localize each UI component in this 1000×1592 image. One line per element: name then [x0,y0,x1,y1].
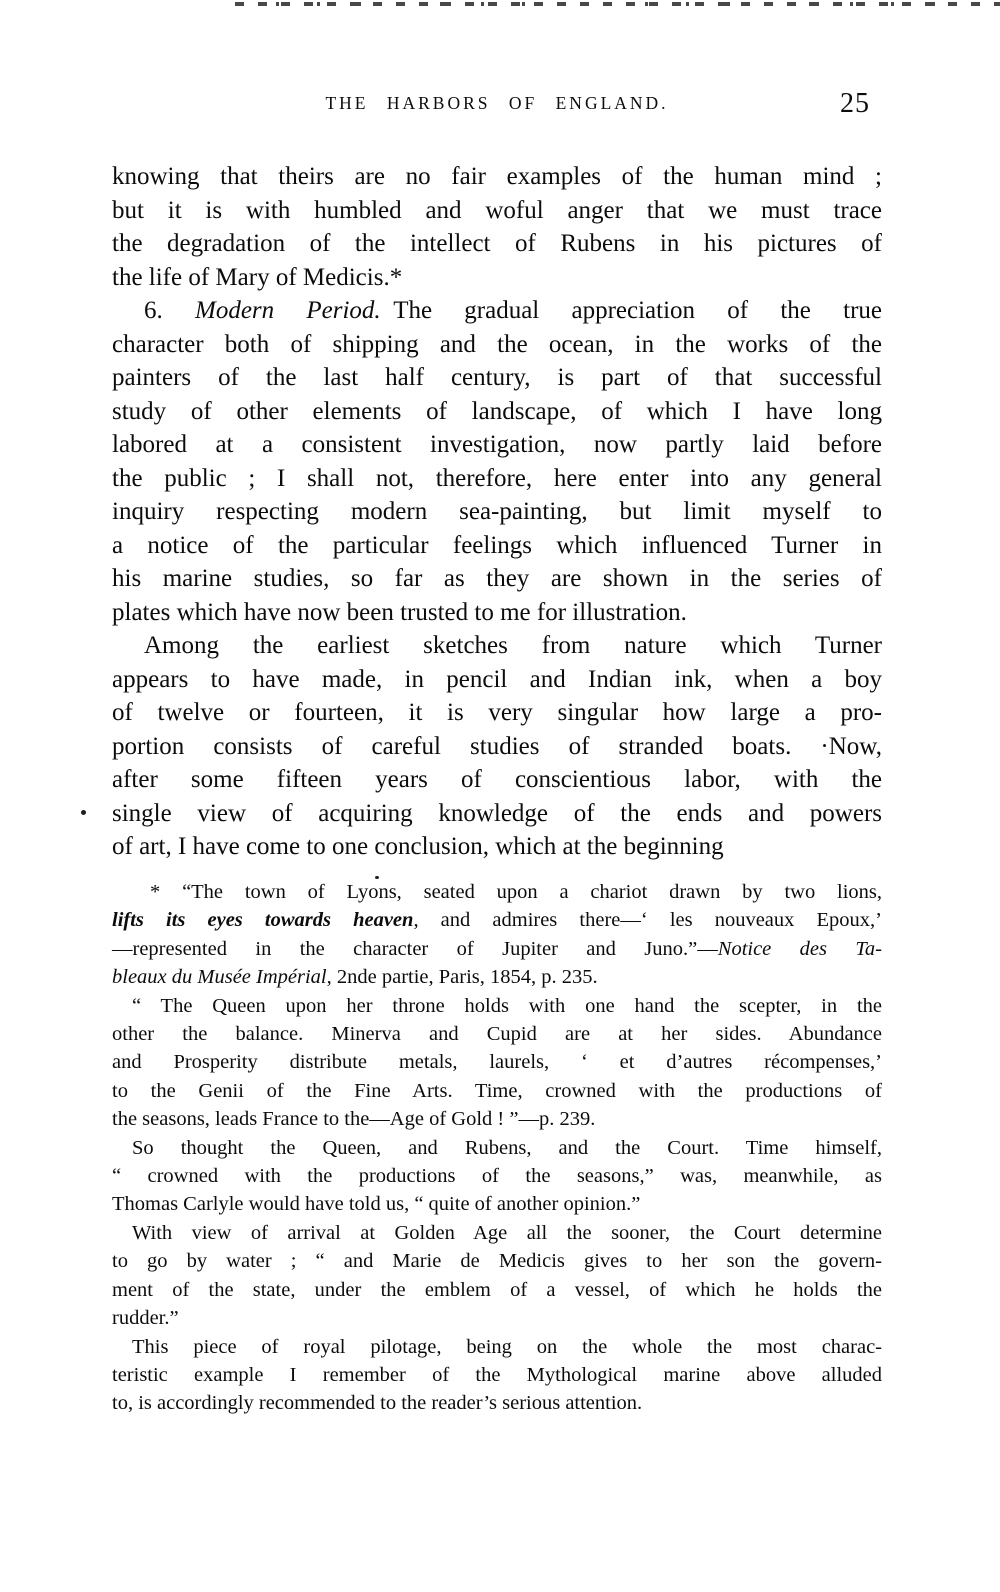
text-segment: Among the earliest sketches from nature … [144,632,882,659]
text-line: labored at a consistent investigation, n… [112,428,882,462]
text-line: but it is with humbled and woful anger t… [112,194,882,228]
text-segment: study of other elements of landscape, of… [112,398,882,425]
text-segment: , and admires there—‘ les nouveaux Epoux… [413,909,882,931]
page-header: THE HARBORS OF ENGLAND. 25 [112,93,882,114]
emphasized-text: Notice des Ta- [718,938,882,960]
text-segment: the degradation of the intellect of Rube… [112,230,882,257]
main-body-text: knowing that theirs are no fair examples… [112,160,882,864]
text-line: appears to have made, in pencil and Indi… [112,663,882,697]
text-segment: plates which have now been trusted to me… [112,599,687,626]
text-segment: rudder.” [112,1307,179,1329]
text-segment: ment of the state, under the emblem of a… [112,1279,882,1301]
text-segment: Thomas Carlyle would have told us, “ qui… [112,1193,640,1215]
text-segment: the seasons, leads France to the—Age of … [112,1108,595,1130]
text-segment: knowing that theirs are no fair examples… [112,163,882,190]
text-line: knowing that theirs are no fair examples… [112,160,882,194]
text-segment: portion consists of careful studies of s… [112,733,882,760]
text-segment: appears to have made, in pencil and Indi… [112,666,882,693]
page-number: 25 [840,88,870,120]
text-line: rudder.” [112,1304,882,1332]
text-line: to go by water ; “ and Marie de Medicis … [112,1247,882,1275]
text-segment: 6. [144,297,195,324]
emphasized-text: Modern Period. [195,297,381,324]
text-line: ment of the state, under the emblem of a… [112,1276,882,1304]
text-line: to, is accordingly recommended to the re… [112,1389,882,1417]
text-segment: “ crowned with the productions of the se… [112,1165,882,1187]
text-line: painters of the last half century, is pa… [112,361,882,395]
text-segment: but it is with humbled and woful anger t… [112,197,882,224]
text-segment: of art, I have come to one conclusion, w… [112,833,724,860]
text-line: Thomas Carlyle would have told us, “ qui… [112,1190,882,1218]
text-line: —represented in the character of Jupiter… [112,935,882,963]
paragraph: Among the earliest sketches from nature … [112,629,882,864]
text-segment: character both of shipping and the ocean… [112,331,882,358]
text-segment: to the Genii of the Fine Arts. Time, cro… [112,1080,882,1102]
text-line: This piece of royal pilotage, being on t… [112,1333,882,1361]
text-line: bleaux du Musée Impérial, 2nde partie, P… [112,963,882,991]
text-segment: to, is accordingly recommended to the re… [112,1392,642,1414]
text-segment: his marine studies, so far as they are s… [112,565,882,592]
text-segment: With view of arrival at Golden Age all t… [132,1222,882,1244]
text-line: the degradation of the intellect of Rube… [112,227,882,261]
text-line: “ The Queen upon her throne holds with o… [112,992,882,1020]
emphasized-text: lifts its eyes towards heaven [112,909,413,931]
text-segment: and Prosperity distribute metals, laurel… [112,1051,882,1073]
text-line: after some fifteen years of conscientiou… [112,763,882,797]
book-page: THE HARBORS OF ENGLAND. 25 knowing that … [0,0,1000,1592]
paragraph: knowing that theirs are no fair examples… [112,160,882,294]
text-line: inquiry respecting modern sea-painting, … [112,495,882,529]
text-segment: inquiry respecting modern sea-painting, … [112,498,882,525]
text-segment: —represented in the character of Jupiter… [112,938,718,960]
text-segment: a notice of the particular feelings whic… [112,532,882,559]
text-line: of twelve or fourteen, it is very singul… [112,696,882,730]
text-segment: The gradual appreciation of the true [381,297,882,324]
text-line: “ crowned with the productions of the se… [112,1162,882,1190]
paragraph: 6. Modern Period. The gradual appreciati… [112,294,882,629]
paragraph: With view of arrival at Golden Age all t… [112,1219,882,1333]
running-title: THE HARBORS OF ENGLAND. [325,93,668,113]
text-segment: , 2nde partie, Paris, 1854, p. 235. [327,966,598,988]
text-segment: “ The Queen upon her throne holds with o… [132,995,882,1017]
text-line: character both of shipping and the ocean… [112,328,882,362]
text-line: portion consists of careful studies of s… [112,730,882,764]
text-line: plates which have now been trusted to me… [112,596,882,630]
ink-speck [81,810,86,815]
text-segment: labored at a consistent investigation, n… [112,431,882,458]
text-line: to the Genii of the Fine Arts. Time, cro… [112,1077,882,1105]
text-segment: This piece of royal pilotage, being on t… [132,1336,882,1358]
text-line: a notice of the particular feelings whic… [112,529,882,563]
text-segment: of twelve or fourteen, it is very singul… [112,699,882,726]
text-line: single view of acquiring knowledge of th… [112,797,882,831]
text-segment: So thought the Queen, and Rubens, and th… [132,1137,882,1159]
text-line: the public ; I shall not, therefore, her… [112,462,882,496]
text-line: lifts its eyes towards heaven, and admir… [112,906,882,934]
paragraph: So thought the Queen, and Rubens, and th… [112,1134,882,1219]
text-line: other the balance. Minerva and Cupid are… [112,1020,882,1048]
paragraph: This piece of royal pilotage, being on t… [112,1333,882,1418]
text-line: of art, I have come to one conclusion, w… [112,830,882,864]
text-line: and Prosperity distribute metals, laurel… [112,1048,882,1076]
scan-edge-artifact [235,2,1000,6]
text-line: teristic example I remember of the Mytho… [112,1361,882,1389]
text-segment: the life of Mary of Medicis.* [112,264,402,291]
text-segment: * “The town of Lyons, seated upon a char… [150,881,882,903]
text-segment: the public ; I shall not, therefore, her… [112,465,882,492]
text-segment: painters of the last half century, is pa… [112,364,882,391]
text-line: * “The town of Lyons, seated upon a char… [112,878,882,906]
paragraph: * “The town of Lyons, seated upon a char… [112,878,882,992]
text-segment: to go by water ; “ and Marie de Medicis … [112,1250,882,1272]
text-segment: after some fifteen years of conscientiou… [112,766,882,793]
text-line: his marine studies, so far as they are s… [112,562,882,596]
text-segment: other the balance. Minerva and Cupid are… [112,1023,882,1045]
text-line: Among the earliest sketches from nature … [112,629,882,663]
paragraph: “ The Queen upon her throne holds with o… [112,992,882,1134]
text-segment: teristic example I remember of the Mytho… [112,1364,882,1386]
emphasized-text: bleaux du Musée Impérial [112,966,327,988]
text-line: the life of Mary of Medicis.* [112,261,882,295]
text-line: study of other elements of landscape, of… [112,395,882,429]
text-line: With view of arrival at Golden Age all t… [112,1219,882,1247]
text-line: So thought the Queen, and Rubens, and th… [112,1134,882,1162]
text-segment: single view of acquiring knowledge of th… [112,800,882,827]
footnote-section: * “The town of Lyons, seated upon a char… [112,878,882,1418]
text-line: the seasons, leads France to the—Age of … [112,1105,882,1133]
text-line: 6. Modern Period. The gradual appreciati… [112,294,882,328]
